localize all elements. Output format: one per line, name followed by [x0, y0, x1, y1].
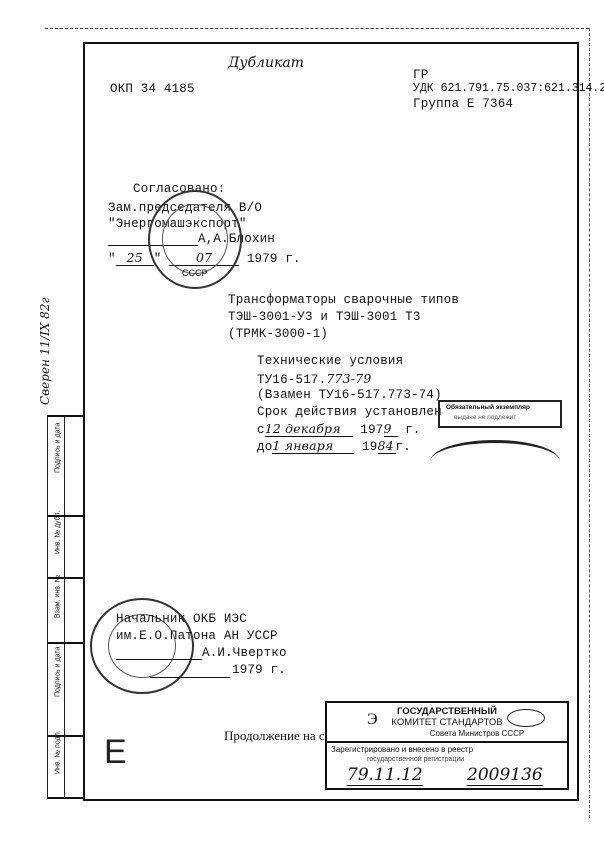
udk-code: УДК 621.791.75.037:621.314.21: [413, 82, 604, 95]
partial-seal-arc: [430, 440, 560, 483]
gr-label: ГР: [413, 68, 428, 82]
to-year-suffix: г.: [396, 440, 411, 454]
to-year-prefix: 19: [362, 440, 377, 454]
developer-signature-line: [116, 645, 202, 660]
reg-date: 79.11.12: [347, 765, 423, 786]
from-year-suffix: г.: [405, 423, 420, 437]
validity-from: с12 декабря 1979 г.: [257, 421, 421, 437]
mandatory-line-1: Обязательный экземпляр: [446, 404, 530, 411]
validity-to: до1 января 1984г.: [257, 438, 411, 454]
reg-divider: [327, 741, 567, 743]
spec-code-handwritten: 773-79: [326, 371, 371, 386]
to-date: 1 января: [272, 438, 354, 454]
reg-text-1: Зарегистрировано и внесено в реестр: [331, 745, 473, 754]
side-cell-dup-inv: Инв. № дубл.: [48, 515, 84, 579]
side-cell-replace-inv: Взам. инв. №: [48, 577, 84, 644]
outer-frame-right: [589, 28, 590, 818]
side-cell-signature-1: Подпись и дата: [48, 415, 84, 517]
approval-seal: СССР: [148, 190, 242, 289]
spec-code: ТУ16-517.773-79: [257, 371, 372, 387]
reg-text-2: государственной регистрации: [367, 756, 464, 763]
developer-year: 1979 г.: [232, 663, 286, 677]
outer-frame-top: [45, 28, 589, 29]
duplicate-mark: Дубликат: [228, 55, 304, 71]
registration-stamp: ГОСУДАРСТВЕННЫЙ КОМИТЕТ СТАНДАРТОВ Совет…: [325, 701, 569, 790]
approval-day: 25: [116, 250, 154, 266]
developer-name: А.И.Чвертко: [202, 646, 287, 660]
doc-title-line-1: Трансформаторы сварочные типов: [228, 293, 459, 307]
doc-title-line-2: ТЭШ-3001-У3 и ТЭШ-3001 Т3: [228, 310, 421, 324]
side-columns-bottom: [47, 797, 85, 799]
round-mark-icon: [507, 709, 545, 727]
reg-number: 2009136: [467, 765, 543, 786]
seal-text: СССР: [182, 268, 208, 278]
approval-seal-inner: [162, 204, 228, 274]
from-date: 12 декабря: [265, 421, 353, 437]
doc-title-line-3: (ТРМК-3000-1): [228, 327, 328, 341]
spec-label: Технические условия: [257, 354, 403, 368]
developer-position-2: им.Е.О.Патона АН УССР: [116, 629, 278, 643]
approval-year: 1979 г.: [247, 252, 301, 266]
spec-code-prefix: ТУ16-517.: [257, 373, 326, 387]
from-prefix: с: [257, 423, 265, 437]
to-prefix: до: [257, 440, 272, 454]
format-letter: Е: [104, 733, 127, 772]
side-cell-orig-inv: Инв. № подл.: [48, 735, 84, 799]
side-cell-signature-2: Подпись и дата: [48, 642, 84, 737]
side-columns: Подпись и дата Инв. № дубл. Взам. инв. №…: [47, 415, 84, 797]
side-label: Взам. инв. №: [55, 606, 62, 618]
from-year-hand: 9: [384, 421, 398, 437]
side-label: Инв. № подл.: [55, 762, 62, 774]
side-label: Инв. № дубл.: [55, 542, 62, 554]
mandatory-copy-stamp: Обязательный экземпляр выдаче не подлежи…: [438, 400, 562, 428]
side-label: Подпись и дата: [55, 461, 62, 473]
developer-date-line: [150, 663, 230, 678]
to-year-hand: 84: [378, 438, 396, 454]
side-label: Подпись и дата: [55, 685, 62, 697]
group-code: Группа Е 7364: [413, 97, 513, 111]
from-year-prefix: 197: [360, 423, 383, 437]
margin-note: Сверен 11/IX 82г: [38, 297, 52, 405]
mandatory-line-2: выдаче не подлежит: [454, 414, 516, 421]
developer-position-1: Начальник ОКБ ИЭС: [116, 612, 247, 626]
committee-emblem-icon: Э: [367, 711, 378, 729]
spec-replaces: (Взамен ТУ16-517.773-74): [257, 388, 442, 402]
validity-label: Срок действия установлен: [257, 405, 442, 419]
reg-title-3: Совета Министров СССР: [387, 729, 567, 738]
okp-code: ОКП 34 4185: [110, 82, 195, 96]
